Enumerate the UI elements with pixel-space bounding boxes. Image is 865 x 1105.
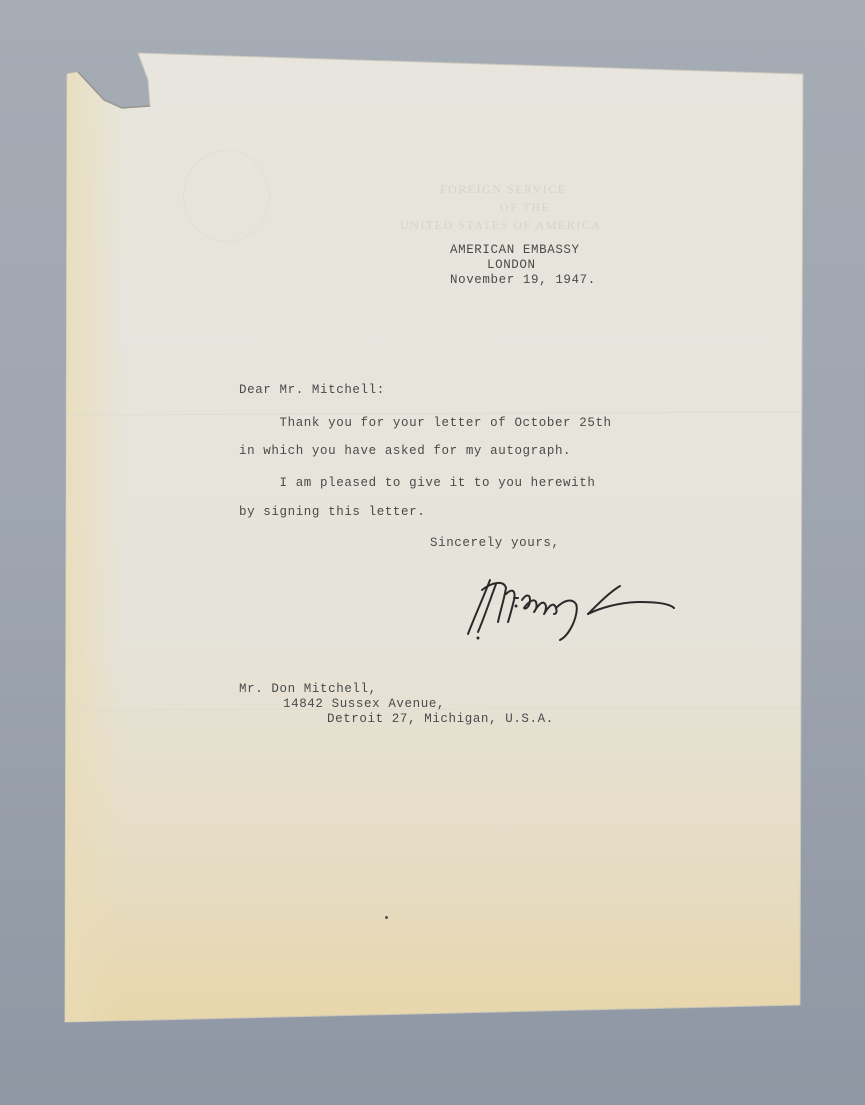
letterhead-line-1: FOREIGN SERVICE xyxy=(440,182,567,197)
letter-paper: FOREIGN SERVICE OF THE UNITED STATES OF … xyxy=(0,0,865,1105)
body-paragraph-2-line-2: by signing this letter. xyxy=(239,505,425,519)
salutation: Dear Mr. Mitchell: xyxy=(239,383,385,397)
letter-date: November 19, 1947. xyxy=(450,273,596,287)
body-paragraph-2-line-1: I am pleased to give it to you herewith xyxy=(239,476,595,490)
letterhead-line-3: UNITED STATES OF AMERICA xyxy=(400,218,601,233)
sender-location-line-1: AMERICAN EMBASSY xyxy=(450,243,580,257)
letterhead-line-2: OF THE xyxy=(500,200,550,215)
recipient-city: Detroit 27, Michigan, U.S.A. xyxy=(327,712,554,726)
body-paragraph-1-line-2: in which you have asked for my autograph… xyxy=(239,444,571,458)
recipient-street: 14842 Sussex Avenue, xyxy=(283,697,445,711)
closing: Sincerely yours, xyxy=(430,536,560,550)
recipient-name: Mr. Don Mitchell, xyxy=(239,682,377,696)
body-paragraph-1-line-1: Thank you for your letter of October 25t… xyxy=(239,416,612,430)
paper-sheet-shape xyxy=(0,0,865,1105)
paper-speck xyxy=(385,916,388,919)
sender-location-line-2: LONDON xyxy=(487,258,536,272)
embossed-seal-icon xyxy=(183,150,270,242)
